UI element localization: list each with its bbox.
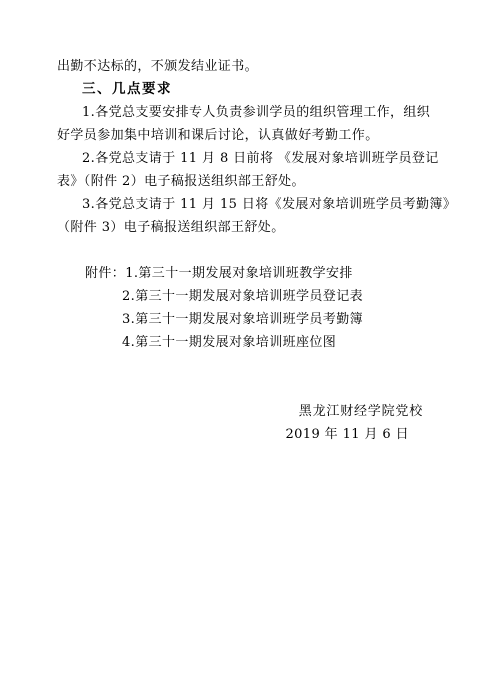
document-page: 出勤不达标的，不颁发结业证书。 三、几点要求 1.各党总支要安排专人负责参训学员… — [0, 0, 481, 683]
attachment-item-4: 4.第三十一期发展对象培训班座位图 — [57, 331, 481, 354]
attachment-item-1: 1.第三十一期发展对象培训班教学安排 — [125, 266, 353, 281]
attachment-item-3: 3.第三十一期发展对象培训班学员考勤簿 — [57, 308, 481, 331]
requirement-3-line-1: 3.各党总支请于 11 月 15 日将《发展对象培训班学员考勤簿》 — [57, 193, 481, 216]
signature-organization: 黑龙江财经学院党校 — [57, 400, 481, 423]
requirement-1-line-1: 1.各党总支要安排专人负责参训学员的组织管理工作，组织 — [57, 101, 481, 124]
attachment-item-2: 2.第三十一期发展对象培训班学员登记表 — [57, 285, 481, 308]
section-heading: 三、几点要求 — [57, 78, 481, 101]
requirement-2-line-1: 2.各党总支请于 11 月 8 日前将 《发展对象培训班学员登记 — [57, 147, 481, 170]
requirement-1-line-2: 好学员参加集中培训和课后讨论，认真做好考勤工作。 — [57, 124, 481, 147]
blank-block — [57, 354, 481, 400]
signature-date: 2019 年 11 月 6 日 — [57, 423, 481, 446]
closing-sentence: 出勤不达标的，不颁发结业证书。 — [57, 55, 481, 78]
requirement-2-line-2: 表》（附件 2）电子稿报送组织部王舒处。 — [57, 170, 481, 193]
blank-line — [57, 239, 481, 262]
requirement-3-line-2: （附件 3）电子稿报送组织部王舒处。 — [57, 216, 481, 239]
attachments-line-1: 附件：1.第三十一期发展对象培训班教学安排 — [57, 262, 481, 285]
attachments-label: 附件： — [85, 266, 125, 281]
